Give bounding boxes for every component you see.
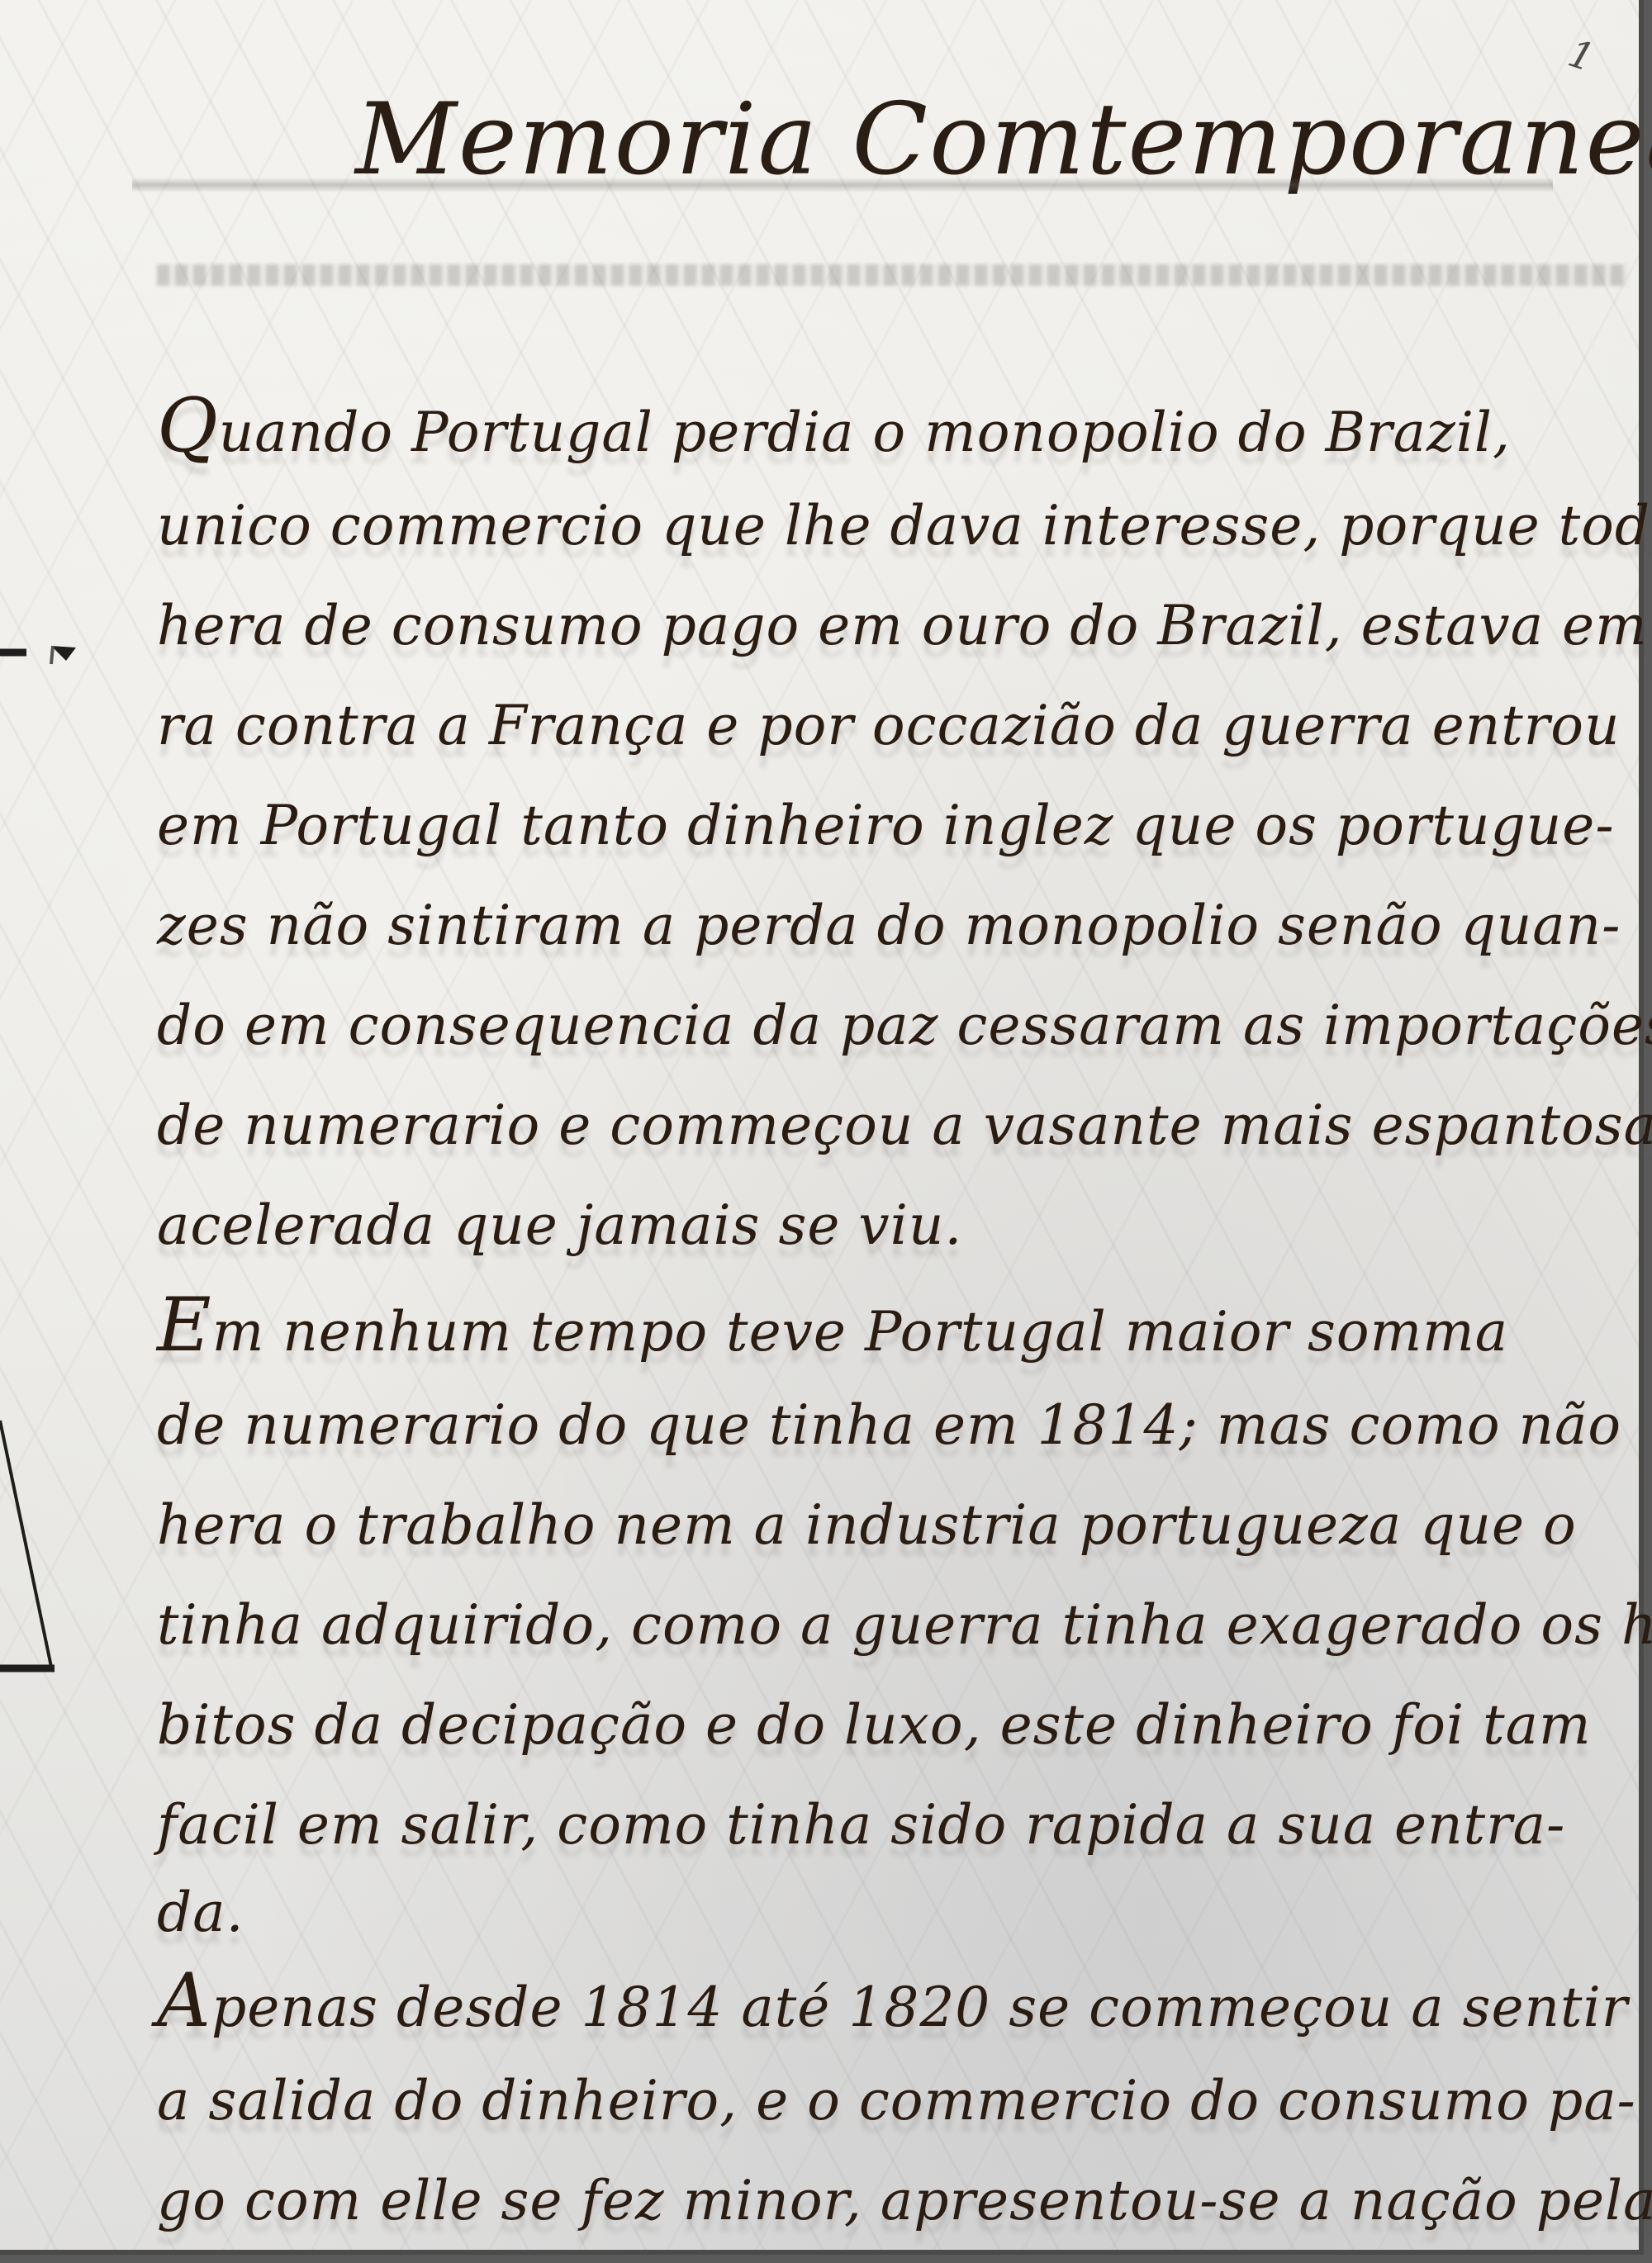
margin-arrow-icon: [0, 636, 83, 686]
text-line: ra contra a França e por occazião da gue…: [157, 676, 1561, 776]
bleed-through-line: [157, 264, 1627, 286]
text-line: de numerario do que tinha em 1814; mas c…: [157, 1375, 1561, 1475]
text-line: unico commercio que lhe dava interesse, …: [157, 476, 1561, 576]
page-number: 1: [1563, 31, 1600, 80]
text-line: hera de consumo pago em ouro do Brazil, …: [157, 576, 1561, 676]
text-line: a salida do dinheiro, e o commercio do c…: [157, 2051, 1561, 2151]
manuscript-page: 1 Memoria Comtemporanea Quando Portugal …: [0, 0, 1644, 2255]
text-line: da.: [157, 1875, 1561, 1951]
text-line: acelerada que jamais se viu.: [157, 1175, 1561, 1275]
text-line: zes não sintiram a perda do monopolio se…: [157, 875, 1561, 975]
text-line: de numerario e commeçou a vasante mais e…: [157, 1075, 1561, 1175]
text-line: do em consequencia da paz cessaram as im…: [157, 975, 1561, 1075]
text-line: Apenas desde 1814 até 1820 se commeçou a…: [157, 1951, 1561, 2051]
text-line: Em nenhum tempo teve Portugal maior somm…: [157, 1275, 1561, 1375]
text-line: Quando Portugal perdia o monopolio do Br…: [157, 376, 1561, 476]
title-shadow-line: [132, 178, 1553, 192]
text-line: bitos da decipação e do luxo, este dinhe…: [157, 1675, 1561, 1775]
margin-bracket-icon: [0, 1396, 66, 1693]
text-line: em Portugal tanto dinheiro inglez que os…: [157, 776, 1561, 875]
text-line: tinha adquirido, como a guerra tinha exa…: [157, 1575, 1561, 1675]
text-line: facil em salir, como tinha sido rapida a…: [157, 1775, 1561, 1875]
text-line: hera o trabalho nem a industria portugue…: [157, 1475, 1561, 1575]
text-line: go com elle se fez minor, apresentou-se …: [157, 2151, 1561, 2251]
manuscript-body: Quando Portugal perdia o monopolio do Br…: [157, 376, 1561, 2251]
